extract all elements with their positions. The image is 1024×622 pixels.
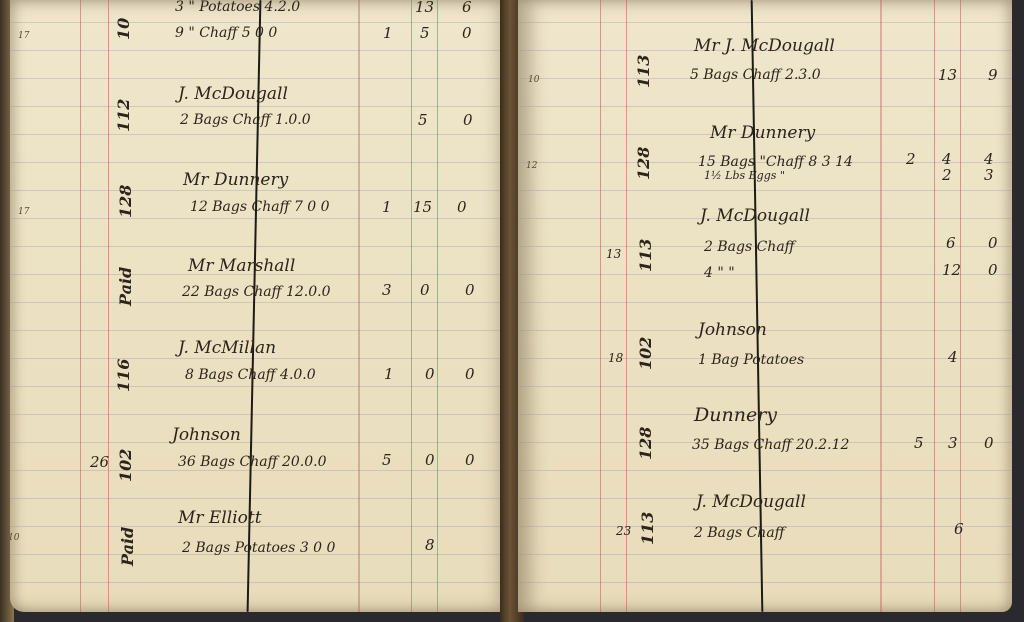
amount-pence: 0	[463, 113, 473, 128]
amount-pounds: 3	[382, 283, 392, 298]
entry-day: 12	[526, 162, 537, 171]
amount-pence: 0	[462, 26, 472, 41]
folio-number: 116	[116, 359, 132, 392]
amount-shillings: 5	[418, 113, 428, 128]
amount-pence: 4	[984, 152, 994, 167]
amount-pounds: 1	[384, 367, 394, 382]
entry-line: 5 Bags Chaff 2.3.0	[690, 68, 821, 82]
amount-pence: 0	[988, 263, 998, 278]
customer-name: Mr J. McDougall	[694, 38, 835, 55]
amount-shillings: 5	[420, 26, 430, 41]
amount-shillings: 6	[954, 522, 964, 537]
left-page: 17 10 3 " Potatoes 4.2.0 13 6 9 " Chaff …	[10, 0, 510, 612]
paid-stamp: Paid	[118, 267, 134, 306]
folio-number: 113	[640, 512, 656, 545]
folio-number: 128	[118, 185, 134, 218]
entry-day: 18	[608, 352, 623, 364]
customer-name: J. McDougall	[178, 86, 288, 103]
amount-shillings: 6	[946, 236, 956, 251]
entry-day: 10	[528, 76, 539, 85]
entry-line: 2 Bags Chaff	[694, 526, 785, 540]
amount-shillings: 0	[420, 283, 430, 298]
customer-name: Mr Dunnery	[710, 125, 815, 142]
amount-shillings: 3	[948, 436, 958, 451]
customer-name: Mr Marshall	[188, 258, 295, 275]
folio-number: 128	[638, 427, 654, 460]
amount-pence: 9	[988, 68, 998, 83]
amount-pounds: 2	[906, 152, 916, 167]
entry-line: 3 " Potatoes 4.2.0	[175, 0, 300, 14]
amount-shillings: 15	[413, 200, 432, 215]
amount-shillings: 0	[425, 367, 435, 382]
amount-shillings: 8	[425, 538, 435, 553]
amount-pence: 0	[465, 283, 475, 298]
amount-shillings: 4	[948, 350, 958, 365]
amount-shillings: 4	[942, 152, 952, 167]
entry-line: 1½ Lbs Eggs "	[704, 170, 785, 181]
entry-day: 13	[606, 248, 621, 260]
amount-pence: 0	[465, 367, 475, 382]
customer-name: J. McDougall	[696, 494, 806, 511]
amount-pounds: 1	[383, 26, 393, 41]
entry-line: 12 Bags Chaff 7 0 0	[190, 200, 330, 214]
customer-name: J. McDougall	[700, 208, 810, 225]
folio-number: 113	[638, 239, 654, 272]
folio-number: 102	[638, 337, 654, 370]
entry-line: 9 " Chaff 5 0 0	[175, 26, 277, 40]
folio-number: 112	[116, 99, 132, 132]
entry-line: 4 " "	[704, 266, 735, 280]
entry-day: 17	[18, 208, 29, 217]
amount-shillings: 13	[415, 0, 434, 15]
amount-pounds: 5	[382, 453, 392, 468]
ledger-book: 17 10 3 " Potatoes 4.2.0 13 6 9 " Chaff …	[0, 0, 1024, 622]
paid-stamp: Paid	[120, 527, 136, 566]
customer-name: Mr Elliott	[178, 510, 262, 527]
customer-name: Johnson	[698, 322, 767, 339]
amount-pence: 0	[457, 200, 467, 215]
entry-line: 2 Bags Chaff	[704, 240, 795, 254]
entry-line: 36 Bags Chaff 20.0.0	[178, 455, 326, 469]
customer-name: J. McMillan	[178, 340, 276, 357]
entry-day: 23	[616, 525, 631, 537]
entry-line: 35 Bags Chaff 20.2.12	[692, 438, 849, 452]
folio-number: 102	[118, 449, 134, 482]
entry-day: 26	[90, 455, 109, 470]
amount-shillings: 0	[425, 453, 435, 468]
folio-number: 128	[636, 147, 652, 180]
entry-line: 2 Bags Potatoes 3 0 0	[182, 541, 335, 555]
entry-line: 22 Bags Chaff 12.0.0	[182, 285, 330, 299]
folio-number: 113	[636, 55, 652, 88]
folio-number: 10	[116, 18, 132, 40]
amount-shillings: 12	[942, 263, 961, 278]
right-page: 10 113 Mr J. McDougall 5 Bags Chaff 2.3.…	[518, 0, 1012, 612]
amount-pence: 6	[462, 0, 472, 15]
amount-shillings: 2	[942, 168, 952, 183]
entry-line: 8 Bags Chaff 4.0.0	[185, 368, 316, 382]
amount-pence: 0	[984, 436, 994, 451]
customer-name: Mr Dunnery	[183, 172, 288, 189]
amount-pence: 3	[984, 168, 994, 183]
customer-name: Johnson	[172, 427, 241, 444]
amount-pounds: 1	[382, 200, 392, 215]
amount-pence: 0	[988, 236, 998, 251]
amount-shillings: 13	[938, 68, 957, 83]
entry-line: 15 Bags "Chaff 8 3 14	[698, 155, 853, 169]
entry-day: 17	[18, 32, 29, 41]
entry-day: 10	[10, 534, 19, 543]
entry-line: 1 Bag Potatoes	[698, 353, 804, 367]
customer-name: Dunnery	[694, 406, 777, 425]
entry-line: 2 Bags Chaff 1.0.0	[180, 113, 311, 127]
amount-pounds: 5	[914, 436, 924, 451]
amount-pence: 0	[465, 453, 475, 468]
